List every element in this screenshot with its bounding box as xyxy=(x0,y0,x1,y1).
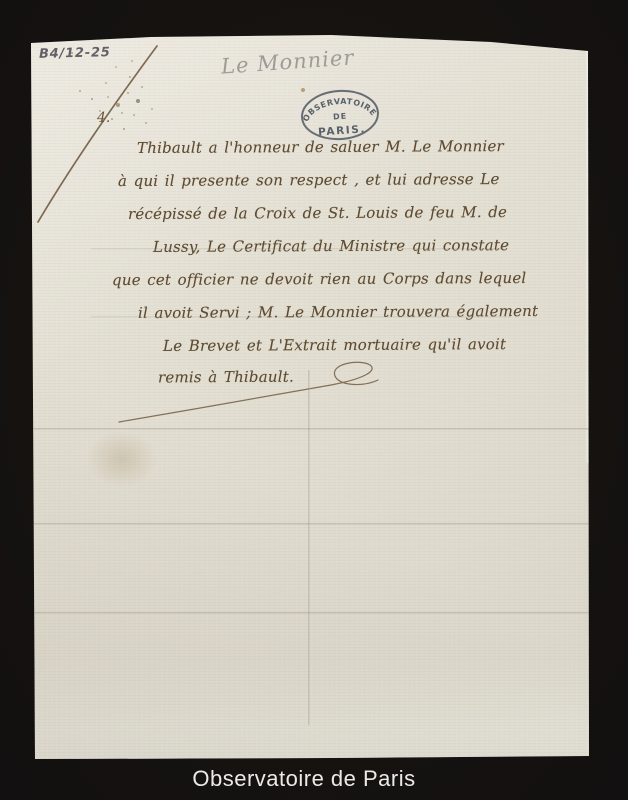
photo-caption: Observatoire de Paris xyxy=(0,766,618,792)
paper-right-edge-highlight xyxy=(585,40,589,463)
fold-crease xyxy=(91,248,501,250)
letter-line: Le Brevet et L'Extrait mortuaire qu'il a… xyxy=(163,335,506,355)
letter-line: Thibault a l'honneur de saluer M. Le Mon… xyxy=(137,137,504,157)
fold-crease xyxy=(31,612,589,614)
letter-line: à qui il presente son respect , et lui a… xyxy=(118,170,500,190)
letter-line: remis à Thibault. xyxy=(158,368,294,387)
letter-line: il avoit Servi ; M. Le Monnier trouvera … xyxy=(138,302,538,322)
archive-reference: B4/12-25 xyxy=(39,45,111,62)
fold-crease-vertical xyxy=(308,370,310,725)
paper-bottom-edge-highlight xyxy=(71,757,517,759)
observatoire-stamp: OBSERVATOIRE DE PARIS. xyxy=(296,84,384,146)
fold-crease xyxy=(91,316,511,318)
stain-smudge xyxy=(86,430,158,488)
stamp-middle-text: DE xyxy=(333,112,348,122)
fold-crease xyxy=(31,428,589,430)
letter-line: récépissé de la Croix de St. Louis de fe… xyxy=(128,203,507,223)
diagonal-slash-stroke xyxy=(38,46,157,222)
fold-crease xyxy=(31,523,589,525)
pencil-annotation: Le Monnier xyxy=(220,45,355,78)
margin-mark: 4. xyxy=(97,110,110,126)
letter-line: que cet officier ne devoit rien au Corps… xyxy=(112,269,526,289)
stamp-bottom-text: PARIS. xyxy=(318,123,367,138)
letter-page: B4/12-25 Le Monnier 4. OBSERVATOIRE DE P… xyxy=(31,30,589,759)
photo-black-background: B4/12-25 Le Monnier 4. OBSERVATOIRE DE P… xyxy=(0,0,628,800)
letter-line: Lussy, Le Certificat du Ministre qui con… xyxy=(153,236,509,256)
